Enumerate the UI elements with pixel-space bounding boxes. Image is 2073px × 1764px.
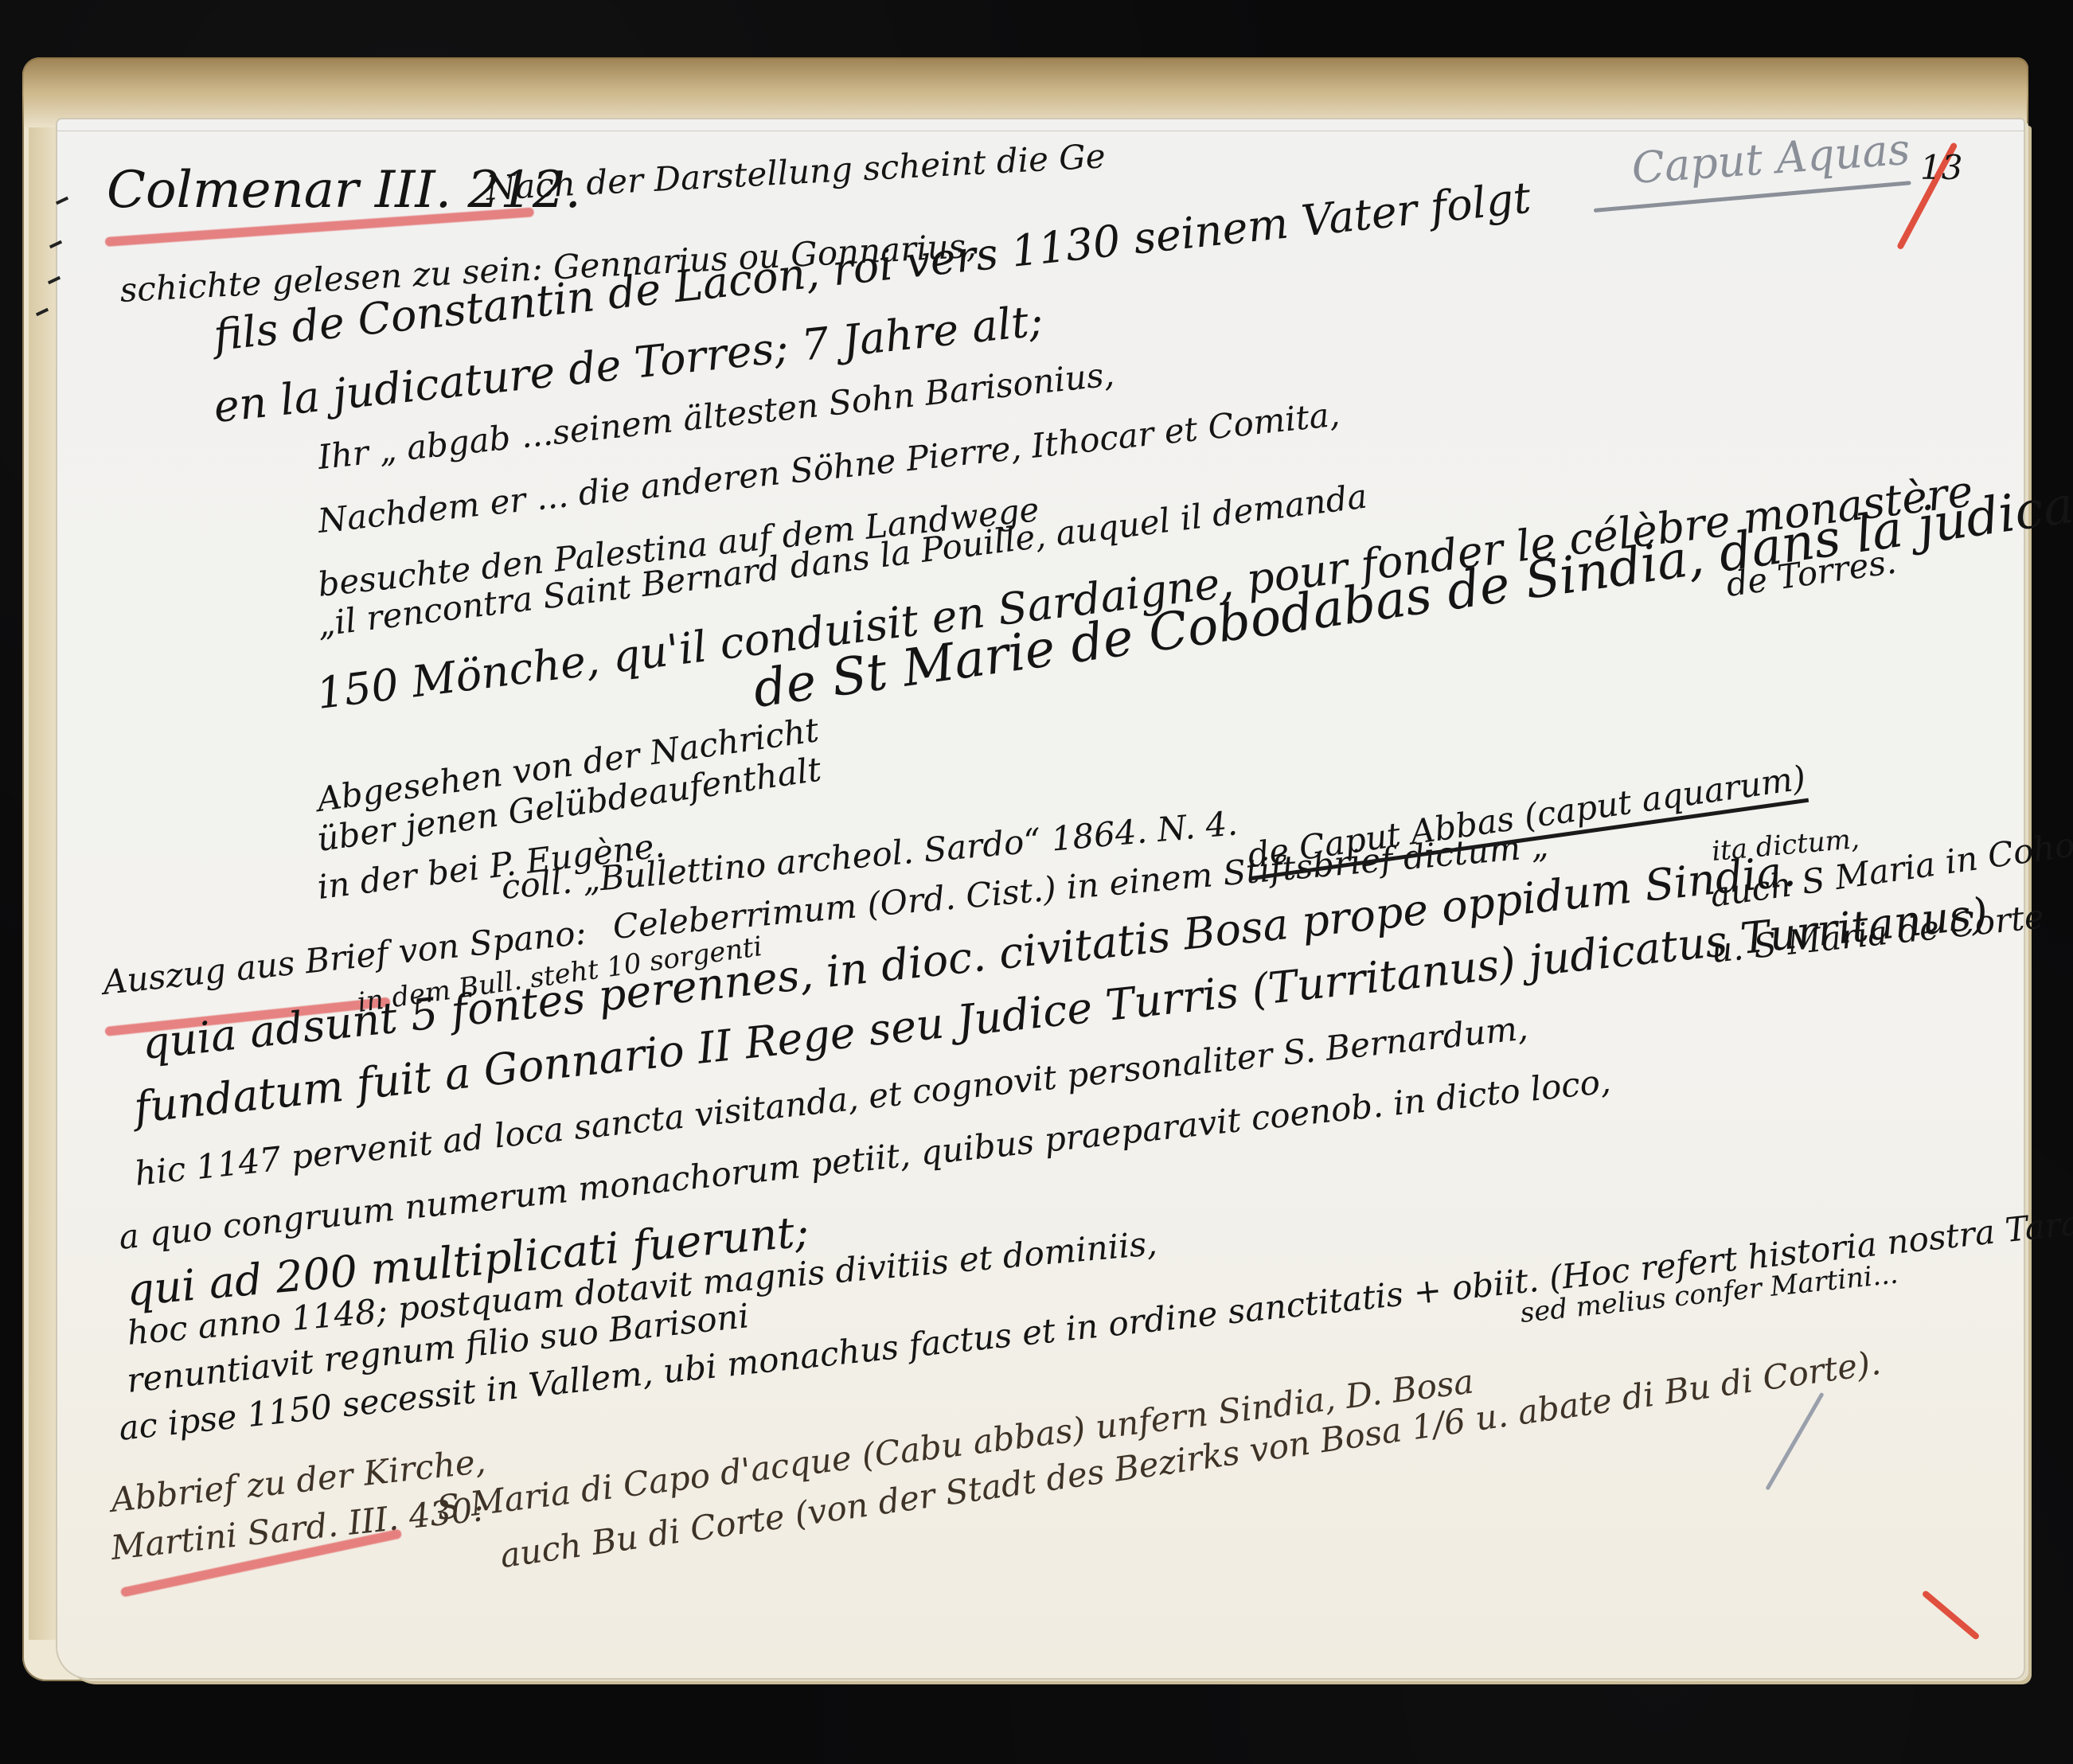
page-mark: 13 <box>1920 148 1962 187</box>
pencil-corner-mark <box>1765 1392 1824 1491</box>
manuscript-page: Colmenar III. 212. Nach der Darstellung … <box>57 119 2024 1678</box>
pencil-tag: Caput Aquas <box>1630 124 1912 193</box>
intro-line: Nach der Darstellung scheint die Ge <box>485 136 1106 208</box>
water-stain <box>22 57 2028 129</box>
page-top-rule <box>57 131 2024 131</box>
red-corner-mark <box>1921 1590 1980 1641</box>
